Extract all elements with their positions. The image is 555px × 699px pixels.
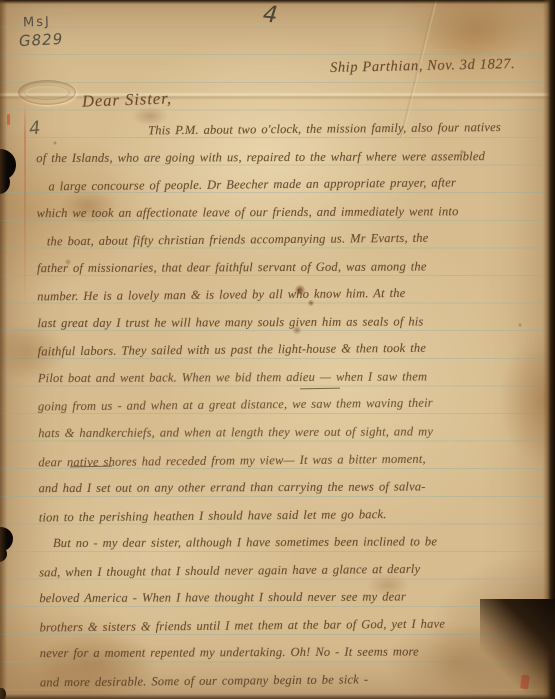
paper-edge-left xyxy=(0,0,7,699)
letter-line: a large concourse of people. Dr Beecher … xyxy=(36,169,541,201)
letter-line: This P.M. about two o'clock, the mission… xyxy=(36,114,541,146)
embossing-stamp-inner xyxy=(24,85,70,100)
paper-edge-bottom xyxy=(0,694,555,699)
letter-line: sad, when I thought that I should never … xyxy=(39,554,544,586)
letter-page: MsJ G829 4 4 Ship Parthian, Nov. 3d 1827… xyxy=(0,0,555,699)
letter-line: father of missionaries, that dear faithf… xyxy=(37,253,542,283)
archival-collection-mark: MsJ xyxy=(23,15,51,31)
letter-line: and had I set out on any other errand th… xyxy=(39,473,544,503)
top-center-pencil-mark: 4 xyxy=(262,1,279,28)
archival-accession-number: G829 xyxy=(19,30,64,50)
letter-line: number. He is a lovely man & is loved by… xyxy=(37,279,542,311)
letter-dateline: Ship Parthian, Nov. 3d 1827. xyxy=(330,56,516,77)
embossing-stamp xyxy=(18,80,76,105)
letter-line: last great day I trust he will have many… xyxy=(37,308,542,338)
letter-line: brothers & sisters & friends until I met… xyxy=(39,609,544,641)
letter-line: and more desirable. Some of our company … xyxy=(40,665,545,697)
letter-line: Pilot boat and went back. When we bid th… xyxy=(38,363,543,393)
letter-line: hats & handkerchiefs, and when at length… xyxy=(38,418,543,448)
red-edge-mark xyxy=(7,114,10,125)
letter-line: faithful labors. They sailed with us pas… xyxy=(37,334,542,366)
red-margin-line xyxy=(24,102,26,314)
paper-edge-right xyxy=(543,0,555,699)
letter-line: going from us - and when at a great dist… xyxy=(38,389,543,421)
letter-line: But no - my dear sister, although I have… xyxy=(39,528,544,558)
letter-line: the boat, about fifty christian friends … xyxy=(37,224,542,256)
letter-line: of the Islands, who are going with us, r… xyxy=(36,142,541,172)
letter-line: dear native shores had receded from my v… xyxy=(38,444,543,476)
letter-body: This P.M. about two o'clock, the mission… xyxy=(36,114,545,696)
paper-corner-dark xyxy=(480,599,555,699)
letter-line: beloved America - When I have thought I … xyxy=(39,583,544,613)
letter-line: which we took an affectionate leave of o… xyxy=(37,198,542,228)
paper-edge-top xyxy=(0,0,555,4)
letter-line: never for a moment repented my undertaki… xyxy=(40,638,545,668)
letter-salutation: Dear Sister, xyxy=(82,88,173,111)
letter-line: tion to the perishing heathen I should h… xyxy=(39,499,544,531)
